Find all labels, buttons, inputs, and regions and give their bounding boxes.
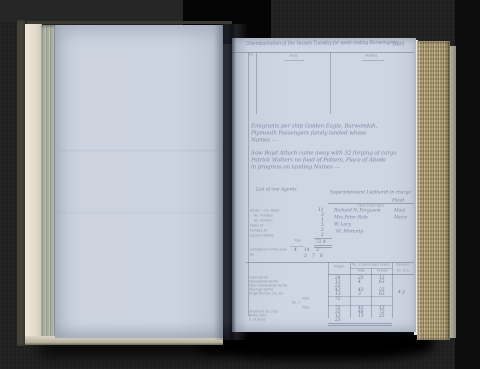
top-table-divider-right <box>330 52 331 114</box>
book-bottom-shadow-left <box>40 340 220 356</box>
handwritten-signoff: Head <box>392 197 404 203</box>
mid-label: Adults — No. Males <box>250 209 279 213</box>
week-value: 4 <box>294 247 297 252</box>
handwritten-entry-line: Patrick Watters no food of Potters, Plac… <box>251 157 386 164</box>
handwritten-signoff: Superintendent Liebhardt in charge <box>330 189 411 195</box>
handwritten-page-heading: Disembarkation of the Vessels Tuesday fo… <box>246 40 397 47</box>
bt-row-label: Single Women, Do. Do. <box>249 292 284 296</box>
mid-label: Equal to Statute <box>250 234 274 238</box>
week-value: 7 <box>312 253 315 258</box>
bt-row-label: Open Intermediate Berths <box>249 284 287 288</box>
handwritten-entry-line: Plymouth Passengers family landed whose <box>251 130 366 137</box>
back-cover-edge <box>450 46 456 338</box>
bottom-sub-female: Female <box>373 269 392 273</box>
passenger-name: W. Lacy <box>334 221 351 227</box>
bottom-remarks-header: Remarks <box>392 263 414 267</box>
bt-row-val: 13 <box>358 313 364 318</box>
photo-open-register-book: Disembarkation of the Vessels Tuesday fo… <box>0 0 480 369</box>
mid-total-value: 72 4 <box>316 239 326 244</box>
background-top-strip <box>0 0 183 22</box>
passenger-name: Richard N. Ferguson <box>334 207 381 213</box>
masters-header-underline <box>362 60 384 61</box>
week-value: 14 <box>304 247 310 252</box>
mid-label: Males 14 <box>250 224 264 228</box>
mid-label: No. Females <box>254 214 273 218</box>
bt-row-val: 72 <box>335 296 341 301</box>
mid-label: No. Children <box>254 219 273 223</box>
top-table-divider-left <box>256 52 257 114</box>
bt-row-label: Total <box>302 306 309 310</box>
week-value: 3 <box>304 253 307 258</box>
top-table-masters-header: Masters <box>350 54 393 58</box>
bt-row-label: Intermediate Berths <box>249 280 278 284</box>
handwritten-year: 1869 <box>392 41 404 47</box>
week-value: 3 <box>316 247 319 252</box>
handwritten-entry-line: Names — <box>251 137 277 144</box>
passenger-name: M. Moriarty <box>336 228 363 234</box>
passenger-role: Mast <box>394 207 405 213</box>
mid-value: 2 <box>321 232 324 237</box>
bt-row-label: Steerage Berths <box>249 288 273 292</box>
top-table-top-rule <box>232 52 414 53</box>
mid-total-label: Total <box>294 239 301 243</box>
week-sub-label: No. <box>250 253 255 257</box>
left-page-block-edge <box>25 24 42 344</box>
handwritten-note: List of one Agents <box>256 186 296 192</box>
bottom-remarks-sub: No. of d. <box>392 269 414 273</box>
week-rule <box>290 246 304 247</box>
fore-edge-page-stack <box>417 41 450 340</box>
bt-row-remark: 4 y <box>398 289 405 294</box>
handwritten-entry-line: Saw Boyd Attach came away with 32 forgin… <box>251 150 397 157</box>
bottom-sub-male: Male <box>352 269 371 273</box>
bottom-group-header: No. of passengers landed <box>350 263 392 267</box>
bt-row-label: D. of Ships <box>249 318 265 322</box>
bt-row-label: Shipments at Cross <box>249 310 278 314</box>
handwritten-entry-line: in progress on landing Names — <box>251 164 340 171</box>
mid-label: Females 14 <box>250 229 267 233</box>
passenger-role: Niece <box>394 214 407 220</box>
bt-bottom-double-rule <box>328 325 392 326</box>
bottom-table-subcol-line <box>371 268 372 318</box>
bt-row-label: Cabin Berths <box>249 276 268 280</box>
week-label: Complement of the week <box>250 248 287 252</box>
passenger-name: Mrs Peter Rule <box>334 214 368 220</box>
bt-row-label: No. 2 <box>292 301 300 305</box>
left-page-stack <box>41 25 55 342</box>
bottom-table-col-line <box>328 262 329 318</box>
book-top-cover-edge <box>22 21 232 24</box>
bt-row-label: Births, Ditto <box>249 314 266 318</box>
register-form-page: Disembarkation of the Vessels Tuesday fo… <box>232 38 416 332</box>
book-left-cover-edge <box>17 20 27 346</box>
bt-row-val: 23 <box>335 317 341 322</box>
bt-row-val: 4 <box>358 279 361 284</box>
bt-row-label: Total <box>302 297 309 301</box>
background-right-band <box>455 0 480 369</box>
bottom-table-col-line <box>350 262 351 318</box>
handwritten-entry-line: Emigrants per ship Golden Eagle, Barwond… <box>251 123 377 130</box>
top-table-no-header: No. <box>249 53 254 57</box>
week-value: 6 <box>320 253 323 258</box>
top-table-ships-header: Ships <box>272 54 315 58</box>
ships-header-underline <box>284 60 304 61</box>
blank-left-page <box>55 25 223 338</box>
bt-row-val: 63 <box>379 279 385 284</box>
bottom-col1-header: Weight <box>328 265 350 269</box>
bt-row-val: 23 <box>379 313 385 318</box>
